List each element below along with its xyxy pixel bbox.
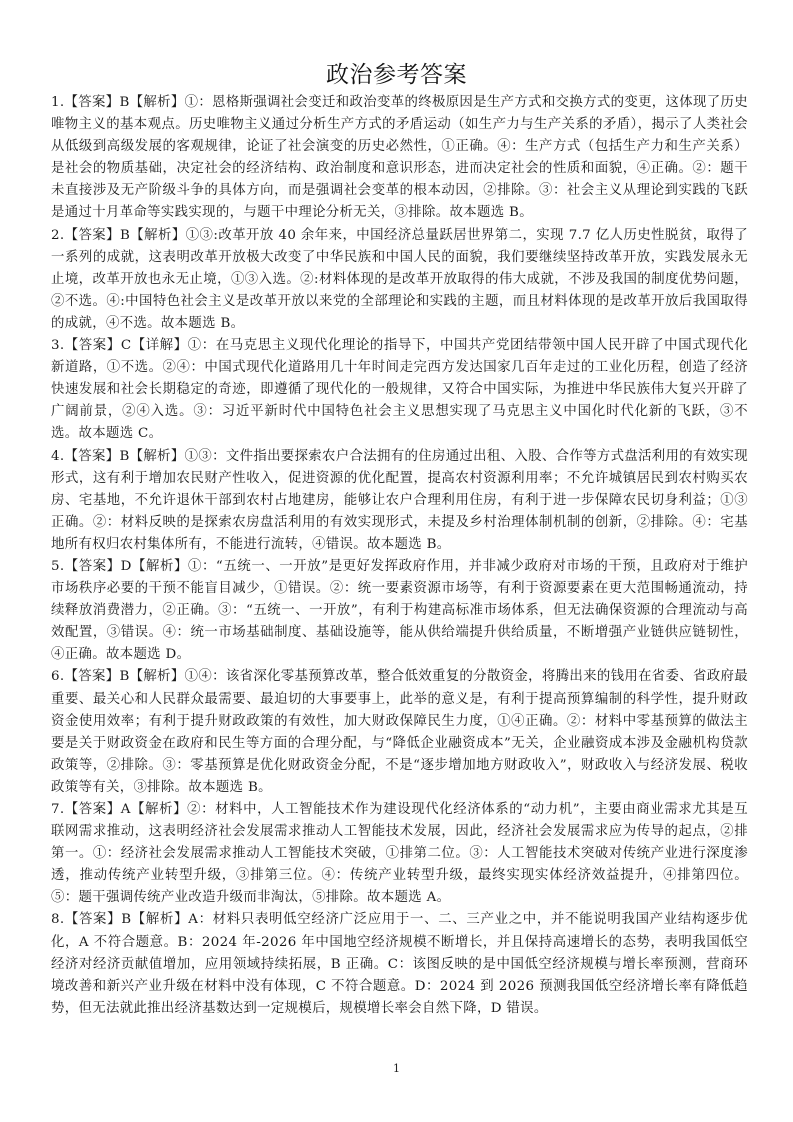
answer-item-1: 1.【答案】B【解析】①：恩格斯强调社会变迁和政治变革的终极原因是生产方式和交换… [51, 92, 748, 225]
question-number: 8. [51, 912, 64, 927]
analysis-text: ①③:改革开放 40 余年来，中国经济总量跃居世界第二，实现 7.7 亿人历史性… [51, 228, 748, 331]
analysis-label: 【解析】 [130, 669, 185, 684]
answer-letter: B [119, 669, 129, 684]
question-number: 1. [51, 95, 64, 110]
answer-label: 【答案】 [64, 228, 120, 243]
analysis-text: A：材料只表明低空经济广泛应用于一、二、三产业之中，并不能说明我国产业结构逐步优… [51, 912, 748, 1015]
page-title: 政治参考答案 [0, 60, 793, 90]
analysis-text: ②：材料中，人工智能技术作为建设现代化经济体系的“动力机”，主要由商业需求尤其是… [51, 802, 748, 905]
answer-letter: C [121, 338, 132, 353]
answer-letter: B [120, 228, 130, 243]
analysis-text: ①：恩格斯强调社会变迁和政治变革的终极原因是生产方式和交换方式的变更，这体现了历… [51, 95, 748, 220]
question-number: 4. [51, 449, 64, 464]
answer-label: 【答案】 [64, 559, 120, 574]
answer-label: 【答案】 [64, 669, 119, 684]
answer-letter: A [121, 802, 131, 817]
answer-label: 【答案】 [64, 95, 119, 110]
answer-item-7: 7.【答案】A【解析】②：材料中，人工智能技术作为建设现代化经济体系的“动力机”… [51, 799, 748, 909]
analysis-label: 【详解】 [131, 338, 187, 353]
analysis-text: ①③：文件指出要探索农户合法拥有的住房通过出租、入股、合作等方式盘活利用的有效实… [51, 449, 748, 552]
answer-label: 【答案】 [64, 449, 119, 464]
analysis-label: 【解析】 [131, 802, 187, 817]
question-number: 6. [51, 669, 64, 684]
answer-item-2: 2.【答案】B【解析】①③:改革开放 40 余年来，中国经济总量跃居世界第二，实… [51, 225, 748, 335]
answer-item-5: 5.【答案】D【解析】①：“五统一、一开放”是更好发挥政府作用，并非减少政府对市… [51, 556, 748, 666]
question-number: 7. [51, 802, 64, 817]
answer-letter: D [121, 559, 132, 574]
answer-item-3: 3.【答案】C【详解】①：在马克思主义现代化理论的指导下，中国共产党团结带领中国… [51, 335, 748, 445]
answer-letter: B [121, 912, 131, 927]
answer-label: 【答案】 [64, 802, 120, 817]
analysis-label: 【解析】 [132, 559, 188, 574]
answer-label: 【答案】 [64, 912, 121, 927]
analysis-label: 【解析】 [130, 449, 185, 464]
answer-letter: B [119, 449, 129, 464]
analysis-text: ①：“五统一、一开放”是更好发挥政府作用，并非减少政府对市场的干预，且政府对于维… [51, 559, 748, 662]
analysis-label: 【解析】 [130, 228, 186, 243]
page-number: 1 [0, 1062, 793, 1075]
analysis-text: ①：在马克思主义现代化理论的指导下，中国共产党团结带领中国人民开辟了中国式现代化… [51, 338, 748, 441]
answer-item-6: 6.【答案】B【解析】①④：该省深化零基预算改革，整合低效重复的分散资金，将腾出… [51, 666, 748, 799]
question-number: 2. [51, 228, 64, 243]
answer-label: 【答案】 [64, 338, 120, 353]
answer-letter: B [119, 95, 129, 110]
question-number: 5. [51, 559, 64, 574]
answer-item-4: 4.【答案】B【解析】①③：文件指出要探索农户合法拥有的住房通过出租、入股、合作… [51, 446, 748, 556]
question-number: 3. [51, 338, 64, 353]
analysis-label: 【解析】 [130, 95, 185, 110]
document-page: 政治参考答案 1.【答案】B【解析】①：恩格斯强调社会变迁和政治变革的终极原因是… [0, 0, 793, 1122]
analysis-text: ①④：该省深化零基预算改革，整合低效重复的分散资金，将腾出来的钱用在省委、省政府… [51, 669, 748, 794]
answer-item-8: 8.【答案】B【解析】A：材料只表明低空经济广泛应用于一、二、三产业之中，并不能… [51, 909, 748, 1019]
analysis-label: 【解析】 [131, 912, 188, 927]
answer-list: 1.【答案】B【解析】①：恩格斯强调社会变迁和政治变革的终极原因是生产方式和交换… [51, 92, 748, 1020]
